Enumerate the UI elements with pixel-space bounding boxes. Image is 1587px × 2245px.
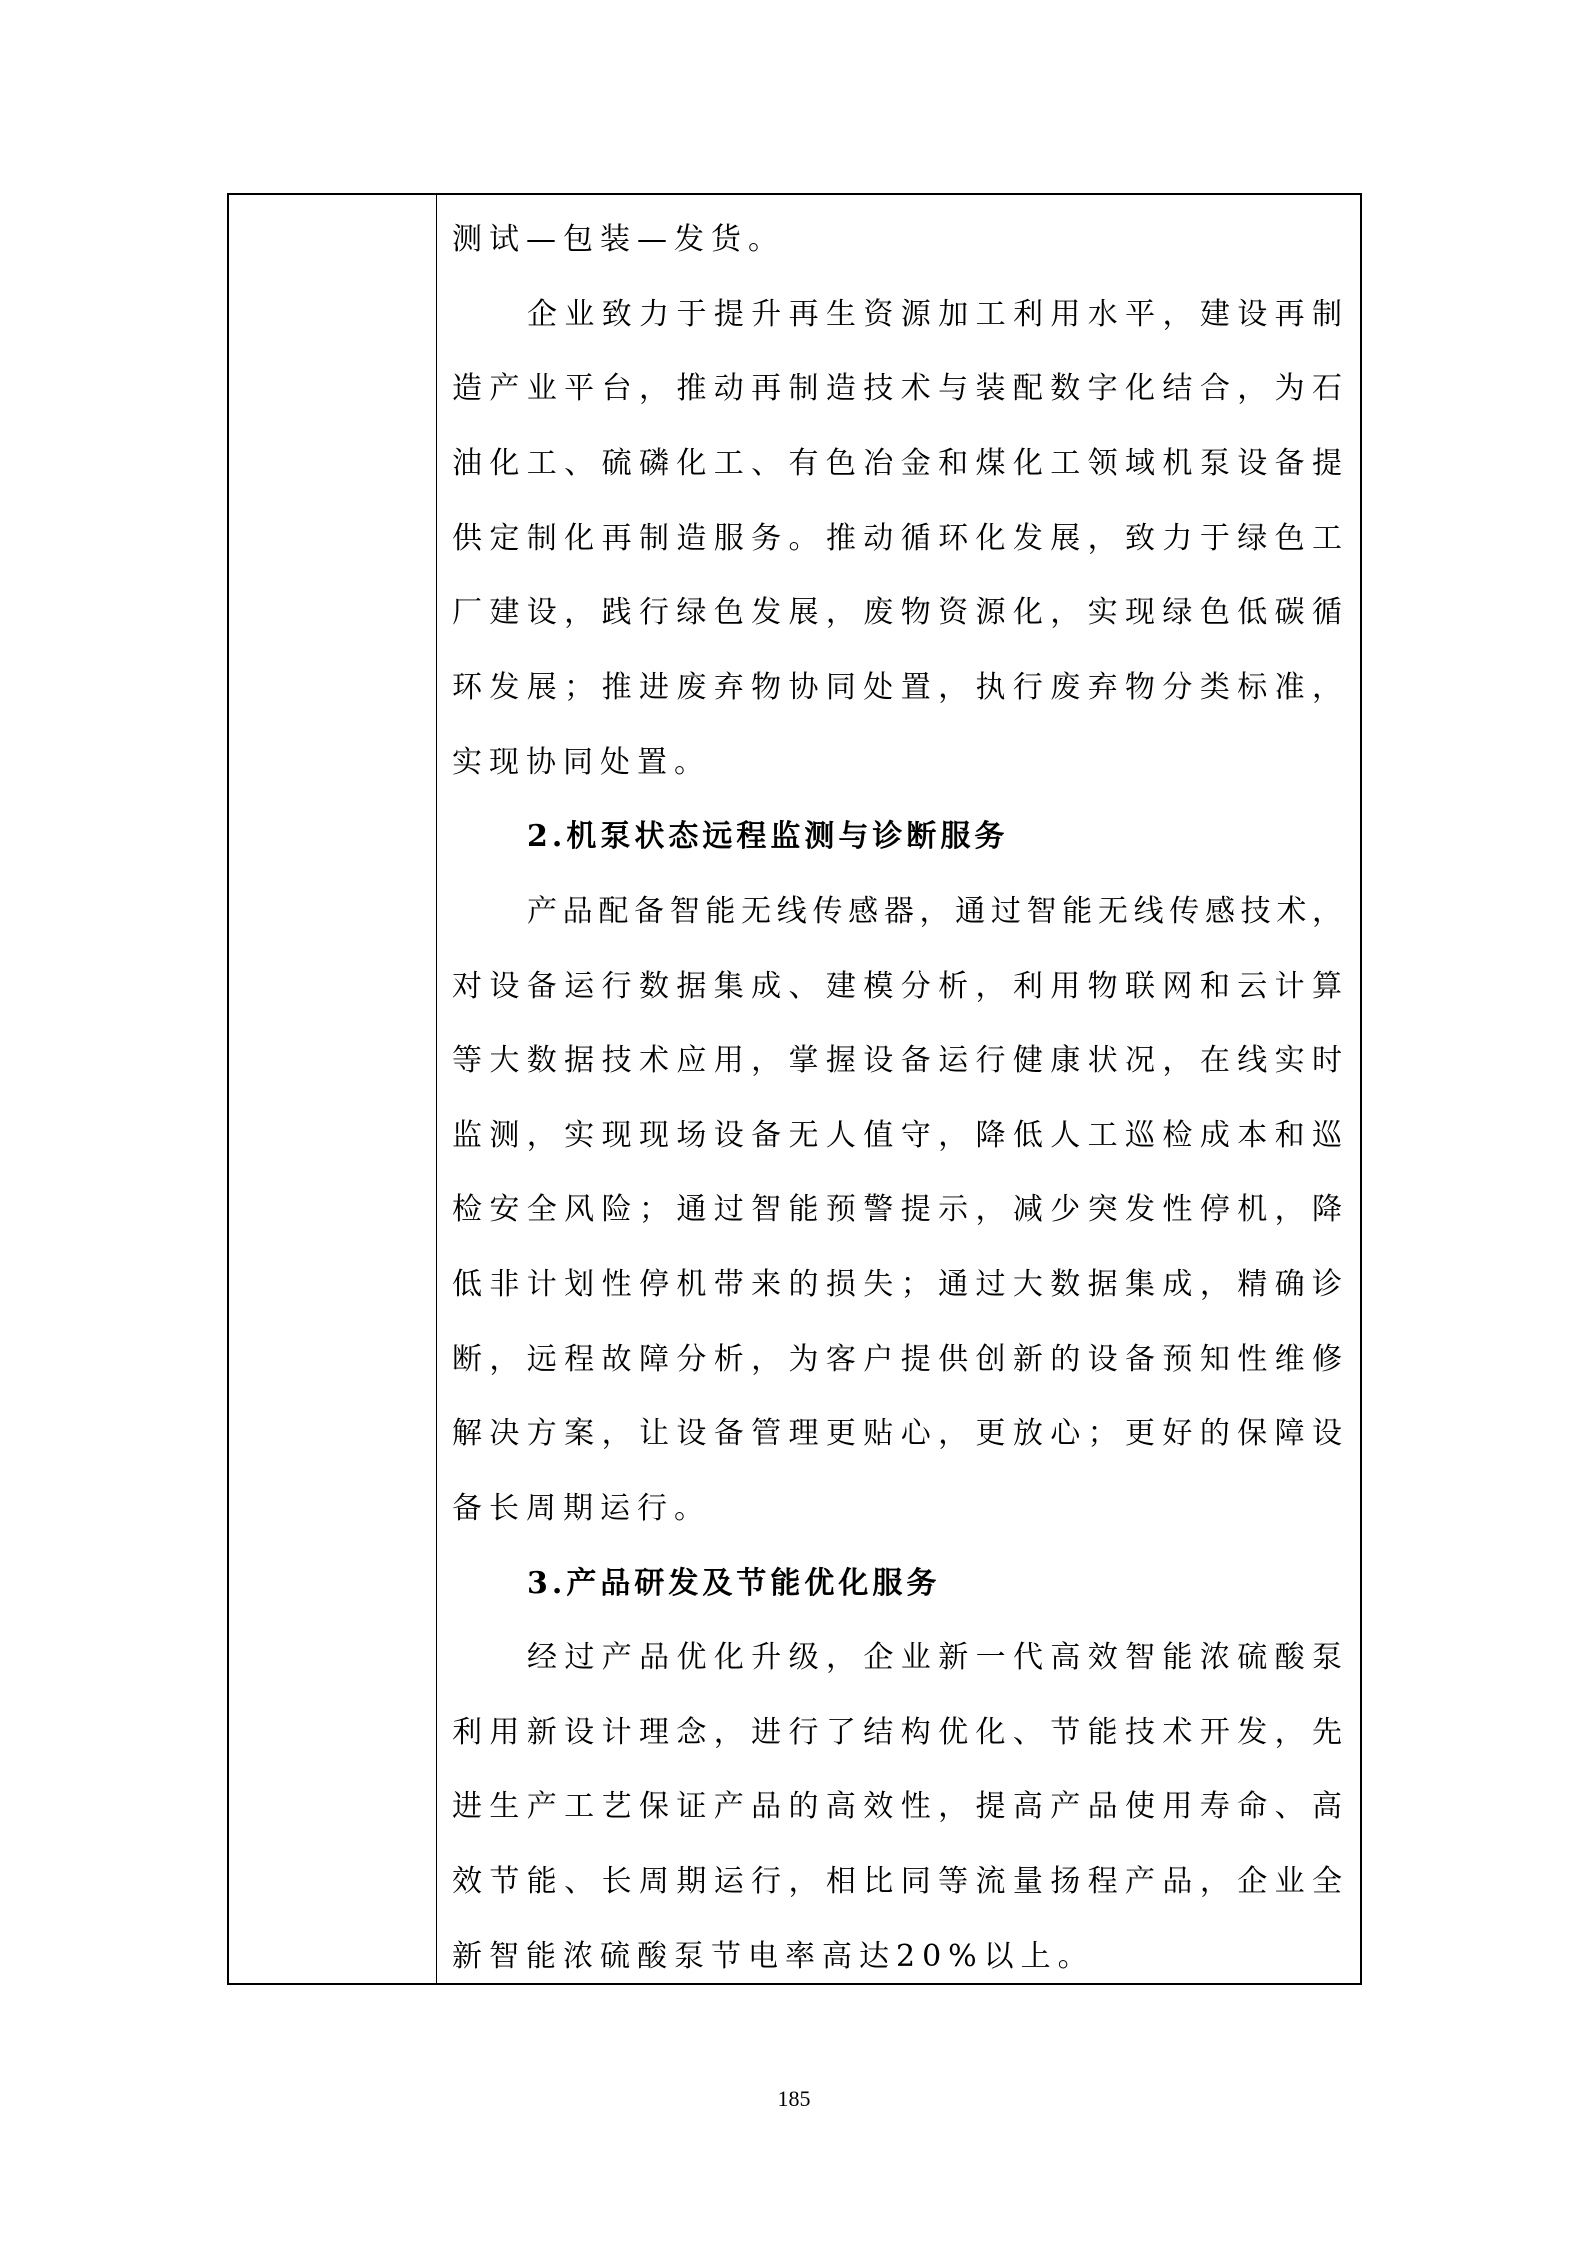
section-heading-2: 2.机泵状态远程监测与诊断服务 bbox=[527, 815, 1342, 859]
paragraph-line: 低非计划性停机带来的损失；通过大数据集成，精确诊 bbox=[452, 1263, 1342, 1307]
paragraph-line: 监测，实现现场设备无人值守，降低人工巡检成本和巡 bbox=[452, 1114, 1342, 1158]
paragraph-line: 解决方案，让设备管理更贴心，更放心；更好的保障设 bbox=[452, 1412, 1342, 1456]
page-number: 185 bbox=[744, 2086, 844, 2112]
paragraph-line: 备长周期运行。 bbox=[452, 1487, 1342, 1531]
paragraph-line: 厂建设，践行绿色发展，废物资源化，实现绿色低碳循 bbox=[452, 591, 1342, 635]
paragraph-line: 进生产工艺保证产品的高效性，提高产品使用寿命、高 bbox=[452, 1785, 1342, 1829]
paragraph-line: 测试—包装—发货。 bbox=[452, 218, 1342, 262]
paragraph-line: 环发展；推进废弃物协同处置，执行废弃物分类标准， bbox=[452, 666, 1342, 710]
paragraph-line: 对设备运行数据集成、建模分析，利用物联网和云计算 bbox=[452, 965, 1342, 1009]
paragraph-line: 经过产品优化升级，企业新一代高效智能浓硫酸泵 bbox=[527, 1636, 1342, 1680]
paragraph-line: 油化工、硫磷化工、有色冶金和煤化工领域机泵设备提 bbox=[452, 442, 1342, 486]
paragraph-line: 断，远程故障分析，为客户提供创新的设备预知性维修 bbox=[452, 1338, 1342, 1382]
paragraph-line: 产品配备智能无线传感器，通过智能无线传感技术， bbox=[527, 890, 1342, 934]
paragraph-line: 实现协同处置。 bbox=[452, 741, 1342, 785]
paragraph-line: 检安全风险；通过智能预警提示，减少突发性停机，降 bbox=[452, 1188, 1342, 1232]
paragraph-line: 企业致力于提升再生资源加工利用水平，建设再制 bbox=[527, 293, 1342, 337]
table-left-cell bbox=[229, 195, 435, 1983]
paragraph-line: 效节能、长周期运行，相比同等流量扬程产品，企业全 bbox=[452, 1860, 1342, 1904]
paragraph-line: 新智能浓硫酸泵节电率高达20%以上。 bbox=[452, 1935, 1342, 1979]
section-heading-3: 3.产品研发及节能优化服务 bbox=[527, 1562, 1342, 1606]
paragraph-line: 利用新设计理念，进行了结构优化、节能技术开发，先 bbox=[452, 1711, 1342, 1755]
paragraph-line: 造产业平台，推动再制造技术与装配数字化结合，为石 bbox=[452, 367, 1342, 411]
paragraph-line: 供定制化再制造服务。推动循环化发展，致力于绿色工 bbox=[452, 517, 1342, 561]
paragraph-line: 等大数据技术应用，掌握设备运行健康状况，在线实时 bbox=[452, 1039, 1342, 1083]
